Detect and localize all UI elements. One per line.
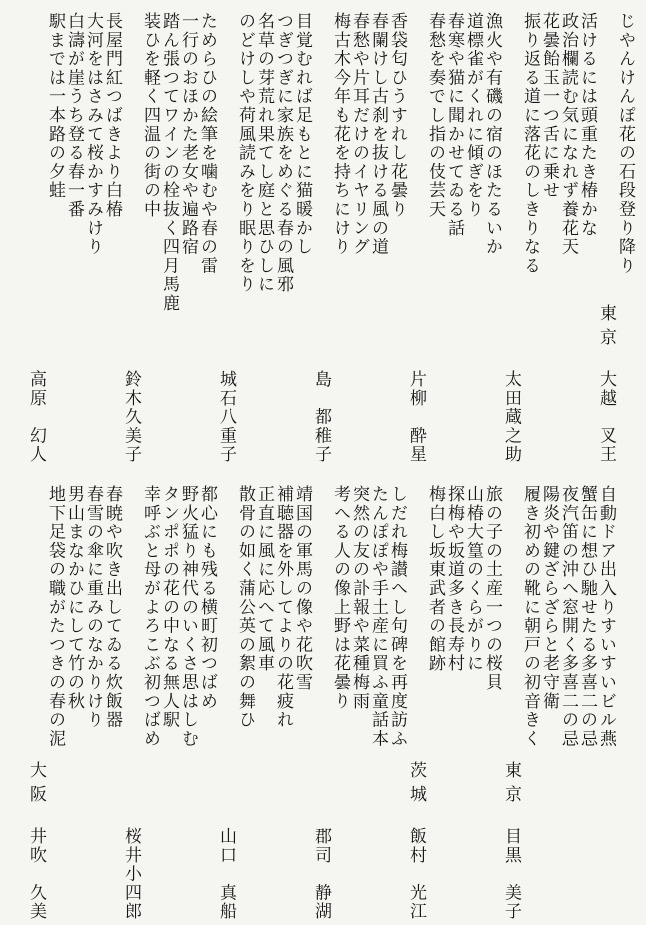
haiku-column: 春闌けし古刹を抜ける風の道 [368,8,387,476]
haiku-column: 振り返る道に落花のしきりなる [520,8,539,476]
author-column: 茨城飯村 光江 [406,476,425,925]
prefecture-label: 東京 [501,761,521,809]
haiku-column: 踏ん張つてワインの栓抜く四月馬鹿 [159,8,178,476]
haiku-column: 正直に風に応へて風車 [254,476,273,925]
haiku-group: 靖国の軍馬の像や花吹雪補聴器を外してよりの花疲れ正直に風に応へて風車散骨の如く蒲… [216,476,311,925]
author-name: 太田蔵之助 [501,370,521,464]
haiku-column: 花曇飴玉一つ舌に乗せ [539,8,558,476]
haiku-column: 山椿大篁のくらがりに [463,476,482,925]
haiku-group: じやんけんぽ花の石段登り降り東京大越 叉王 [596,8,634,476]
haiku-column: 探梅や坂道多き長寿村 [444,476,463,925]
haiku-group: 旅の子の土産一つの桜貝山椿大篁のくらがりに探梅や坂道多き長寿村梅白し坂東武者の館… [406,476,501,925]
author-column: 高原 幻人 [26,8,45,476]
prefecture-label: 東京 [596,304,616,352]
author-name: 島 都稚子 [311,370,331,464]
author-name: 目黒 美子 [501,827,521,921]
haiku-column: 履き初めの靴に朝戸の初音きく [520,476,539,925]
haiku-column: 梅白し坂東武者の館跡 [425,476,444,925]
haiku-column: つぎつぎに家族をめぐる春の風邪 [273,8,292,476]
haiku-column: 春愁や片耳だけのイヤリング [349,8,368,476]
author-name: 片柳 酔星 [406,370,426,464]
haiku-column: 靖国の軍馬の像や花吹雪 [292,476,311,925]
haiku-column: 補聴器を外してよりの花疲れ [273,476,292,925]
haiku-group: 香袋匂ひうすれし花曇り春闌けし古刹を抜ける風の道春愁や片耳だけのイヤリング梅古木… [311,8,406,476]
haiku-column: 名草の芽荒れ果てし庭と思ひしに [254,8,273,476]
author-column: 東京大越 叉王 [596,8,615,476]
author-name: 飯村 光江 [406,827,426,921]
haiku-section-bottom: 自動ドア出入りすいすいビル燕蟹缶に想ひ馳せたる多喜二の忌夜汽笛の沖へ窓開く多喜二… [26,476,615,925]
haiku-column: タンポポの花の中なる無人駅 [159,476,178,925]
haiku-column: 男山まなかひにして竹の秋 [64,476,83,925]
haiku-column: 漁火や有磯の宿のほたるいか [482,8,501,476]
author-column: 城石八重子 [216,8,235,476]
haiku-column: 突然の友の訃報や菜種梅雨 [349,476,368,925]
haiku-group: 目覚むれば足もとに猫暖かしつぎつぎに家族をめぐる春の風邪名草の芽荒れ果てし庭と思… [216,8,311,476]
haiku-column: 春愁を奏でし指の伎芸天 [425,8,444,476]
haiku-column: 幸呼ぶと母がよろこぶ初つばめ [140,476,159,925]
author-name: 郡司 静湖 [311,827,331,921]
author-name: 鈴木久美子 [121,370,141,464]
haiku-group: ためらひの絵筆を噛むや春の雷一行のおほかた老女や遍路宿踏ん張つてワインの栓抜く四… [121,8,216,476]
haiku-column: 地下足袋の職がたつきの春の泥 [45,476,64,925]
author-column: 山口 真船 [216,476,235,925]
author-column: 大阪井吹 久美 [26,476,45,925]
haiku-column: 白濤が崖うち登る春一番 [64,8,83,476]
haiku-column: ためらひの絵筆を噛むや春の雷 [197,8,216,476]
author-column: 太田蔵之助 [501,8,520,476]
haiku-group: 活けるには頭重たき椿かな政治欄読む気になれず養花天花曇飴玉一つ舌に乗せ振り返る道… [501,8,596,476]
haiku-column: 春雪の傘に重みのなかりけり [83,476,102,925]
haiku-column: 都心にも残る横町初つばめ [197,476,216,925]
haiku-group: 長屋門紅つばきより白椿大河をはさみて桜かすみけり白濤が崖うち登る春一番駅までは一… [26,8,121,476]
name-gap-spacer [416,809,417,827]
haiku-column: 夜汽笛の沖へ窓開く多喜二の忌 [558,476,577,925]
haiku-column: 旅の子の土産一つの桜貝 [482,476,501,925]
haiku-column: 政治欄読む気になれず養花天 [558,8,577,476]
haiku-column: 道標雀がくれに傾ぎをり [463,8,482,476]
haiku-column: 一行のおほかた老女や遍路宿 [178,8,197,476]
haiku-group: 都心にも残る横町初つばめ野火猛り神代のいくさ思はしむタンポポの花の中なる無人駅幸… [121,476,216,925]
haiku-group: 春暁や吹き出してゐる炊飯器春雪の傘に重みのなかりけり男山まなかひにして竹の秋地下… [26,476,121,925]
prefecture-label: 茨城 [406,761,426,809]
haiku-column: 長屋門紅つばきより白椿 [102,8,121,476]
haiku-column: 目覚むれば足もとに猫暖かし [292,8,311,476]
haiku-column: 野火猛り神代のいくさ思はしむ [178,476,197,925]
author-name: 大越 叉王 [596,370,616,464]
haiku-column: 蟹缶に想ひ馳せたる多喜二の忌 [577,476,596,925]
magazine-page: じやんけんぽ花の石段登り降り東京大越 叉王活けるには頭重たき椿かな政治欄読む気に… [0,0,646,925]
haiku-group: 漁火や有磯の宿のほたるいか道標雀がくれに傾ぎをり春寒や猫に聞かせてゐる話春愁を奏… [406,8,501,476]
haiku-column: たんぽぽや手土産に買ふ童話本 [368,476,387,925]
author-name: 桜井小四郎 [121,827,141,921]
author-name: 城石八重子 [216,370,236,464]
haiku-column: しだれ梅讃へし句碑を再度訪ふ [387,476,406,925]
haiku-column: 春寒や猫に聞かせてゐる話 [444,8,463,476]
author-name: 山口 真船 [216,827,236,921]
haiku-column: 自動ドア出入りすいすいビル燕 [596,476,615,925]
author-column: 東京目黒 美子 [501,476,520,925]
haiku-column: 活けるには頭重たき椿かな [577,8,596,476]
name-gap-spacer [511,809,512,827]
haiku-column: 大河をはさみて桜かすみけり [83,8,102,476]
haiku-column: 香袋匂ひうすれし花曇り [387,8,406,476]
haiku-group: しだれ梅讃へし句碑を再度訪ふたんぽぽや手土産に買ふ童話本突然の友の訃報や菜種梅雨… [311,476,406,925]
name-gap-spacer [36,809,37,827]
haiku-column: 考へる人の像上野は花曇り [330,476,349,925]
prefecture-label: 大阪 [26,761,46,809]
haiku-column: 装ひを軽く四温の街の中 [140,8,159,476]
haiku-column: のどけしや荷風読みをり眠りをり [235,8,254,476]
author-column: 片柳 酔星 [406,8,425,476]
haiku-column: 駅までは一本路の夕蛙 [45,8,64,476]
author-column: 桜井小四郎 [121,476,140,925]
haiku-column: じやんけんぽ花の石段登り降り [615,8,634,476]
author-name: 高原 幻人 [26,370,46,464]
author-column: 鈴木久美子 [121,8,140,476]
author-column: 島 都稚子 [311,8,330,476]
haiku-group: 自動ドア出入りすいすいビル燕蟹缶に想ひ馳せたる多喜二の忌夜汽笛の沖へ窓開く多喜二… [501,476,615,925]
name-gap-spacer [606,352,607,370]
haiku-column: 春暁や吹き出してゐる炊飯器 [102,476,121,925]
author-column: 郡司 静湖 [311,476,330,925]
haiku-column: 散骨の如く蒲公英の絮の舞ひ [235,476,254,925]
haiku-column: 梅古木今年も花を持ちにけり [330,8,349,476]
haiku-column: 陽炎や鍵ざらざらと老守衛 [539,476,558,925]
haiku-section-top: じやんけんぽ花の石段登り降り東京大越 叉王活けるには頭重たき椿かな政治欄読む気に… [26,8,634,476]
author-name: 井吹 久美 [26,827,46,921]
